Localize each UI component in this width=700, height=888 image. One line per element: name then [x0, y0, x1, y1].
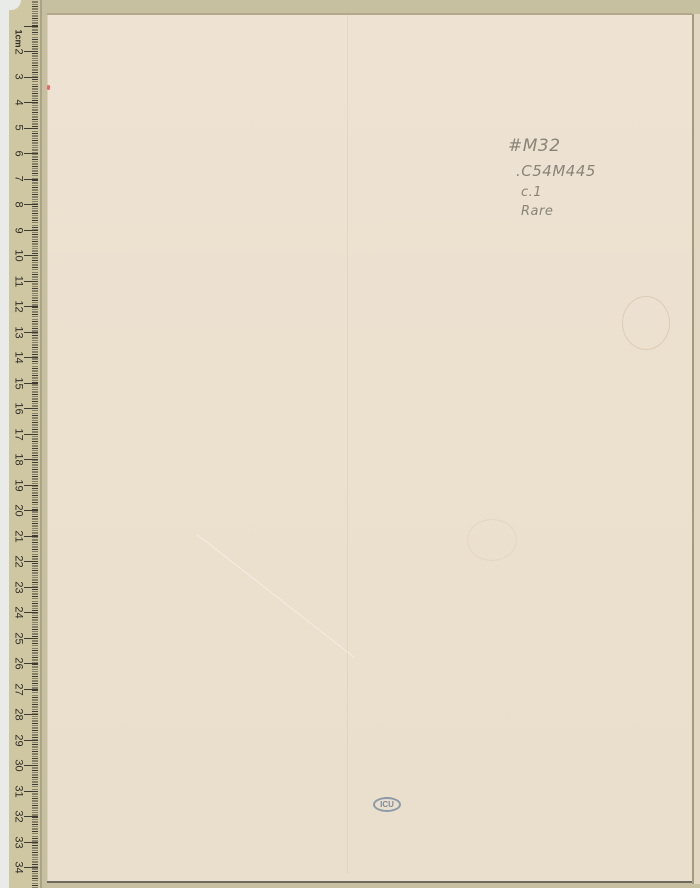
ruler-tick	[24, 510, 38, 511]
ruler-tick	[24, 102, 38, 103]
ruler-tick	[24, 740, 38, 741]
ruler-label: 30	[13, 758, 24, 774]
ruler-tick	[24, 128, 38, 129]
ruler-label: 27	[13, 682, 24, 698]
ruler-tick	[24, 51, 38, 52]
ruler-tick	[24, 306, 38, 307]
ruler-tick	[24, 153, 38, 154]
ruler-tick	[24, 179, 38, 180]
paper-crease	[197, 534, 355, 658]
page-bottom-edge	[47, 881, 700, 883]
ruler-tick	[24, 638, 38, 639]
ruler-label: 22	[13, 554, 24, 570]
ruler-label: 23	[13, 580, 24, 596]
ruler-tick	[24, 357, 38, 358]
ruler-label: 5	[13, 120, 24, 136]
ruler-label: 20	[13, 503, 24, 519]
ruler-label: 28	[13, 707, 24, 723]
ruler-tick	[24, 77, 38, 78]
ruler-label: 7	[13, 171, 24, 187]
ruler-tick	[24, 536, 38, 537]
ruler-label: 14	[13, 350, 24, 366]
ruler-label: 26	[13, 656, 24, 672]
ruler-label: 4	[13, 95, 24, 111]
ruler-tick	[24, 434, 38, 435]
ruler-tick	[24, 791, 38, 792]
ruler-tick	[24, 230, 38, 231]
ruler-tick	[24, 816, 38, 817]
ruler-label: 29	[13, 733, 24, 749]
library-stamp: ICU	[373, 797, 401, 812]
ruler-label: 31	[13, 784, 24, 800]
water-stain	[622, 296, 670, 350]
call-number-line-3: c.1	[521, 186, 542, 199]
ruler-label: 13	[13, 325, 24, 341]
ruler-tick	[24, 281, 38, 282]
ruler-label: 15	[13, 376, 24, 392]
ruler-label: 34	[13, 860, 24, 876]
ruler-tick	[24, 204, 38, 205]
ruler-label: 9	[13, 223, 24, 239]
ruler-label: 21	[13, 529, 24, 545]
document-page	[47, 14, 694, 882]
ruler-tick	[24, 255, 38, 256]
ruler-label: 33	[13, 835, 24, 851]
ruler-label: 10	[13, 248, 24, 264]
ruler-label: 8	[13, 197, 24, 213]
ruler-label: 2	[13, 44, 24, 60]
ruler-tick	[24, 867, 38, 868]
ruler-tick	[24, 383, 38, 384]
ruler-tick	[24, 26, 38, 27]
page-top-edge	[47, 13, 692, 15]
ruler-label: 11	[13, 274, 24, 290]
red-marker-dot	[47, 85, 50, 90]
ruler-tick	[24, 459, 38, 460]
ruler-tick	[24, 587, 38, 588]
ruler-label: 17	[13, 427, 24, 443]
ruler-tick	[24, 612, 38, 613]
ruler-tick	[24, 332, 38, 333]
ruler-tick	[24, 663, 38, 664]
ruler-label: 6	[13, 146, 24, 162]
ruler-tick	[24, 842, 38, 843]
binding-strip	[694, 14, 700, 884]
call-number-line-1: #M32	[508, 138, 561, 155]
ruler-label: 16	[13, 401, 24, 417]
ruler-tick	[24, 689, 38, 690]
ruler-label: 12	[13, 299, 24, 315]
call-number-line-4: Rare	[521, 205, 553, 218]
ruler-label: 25	[13, 631, 24, 647]
ruler-label: 3	[13, 69, 24, 85]
ruler-tick	[24, 485, 38, 486]
ruler-tick	[24, 765, 38, 766]
ruler-label: 19	[13, 478, 24, 494]
ruler-tick	[24, 714, 38, 715]
center-fold	[347, 14, 348, 874]
ruler-tick	[24, 408, 38, 409]
water-stain	[467, 519, 517, 561]
ruler-label: 32	[13, 809, 24, 825]
ruler-tick	[24, 561, 38, 562]
ruler-label: 18	[13, 452, 24, 468]
ruler-label: 24	[13, 605, 24, 621]
measurement-ruler: 1cm 2 3 4 5 6 7 8 9 10 11 12 13 14 15 16…	[9, 0, 42, 888]
call-number-line-2: .C54M445	[516, 164, 596, 179]
